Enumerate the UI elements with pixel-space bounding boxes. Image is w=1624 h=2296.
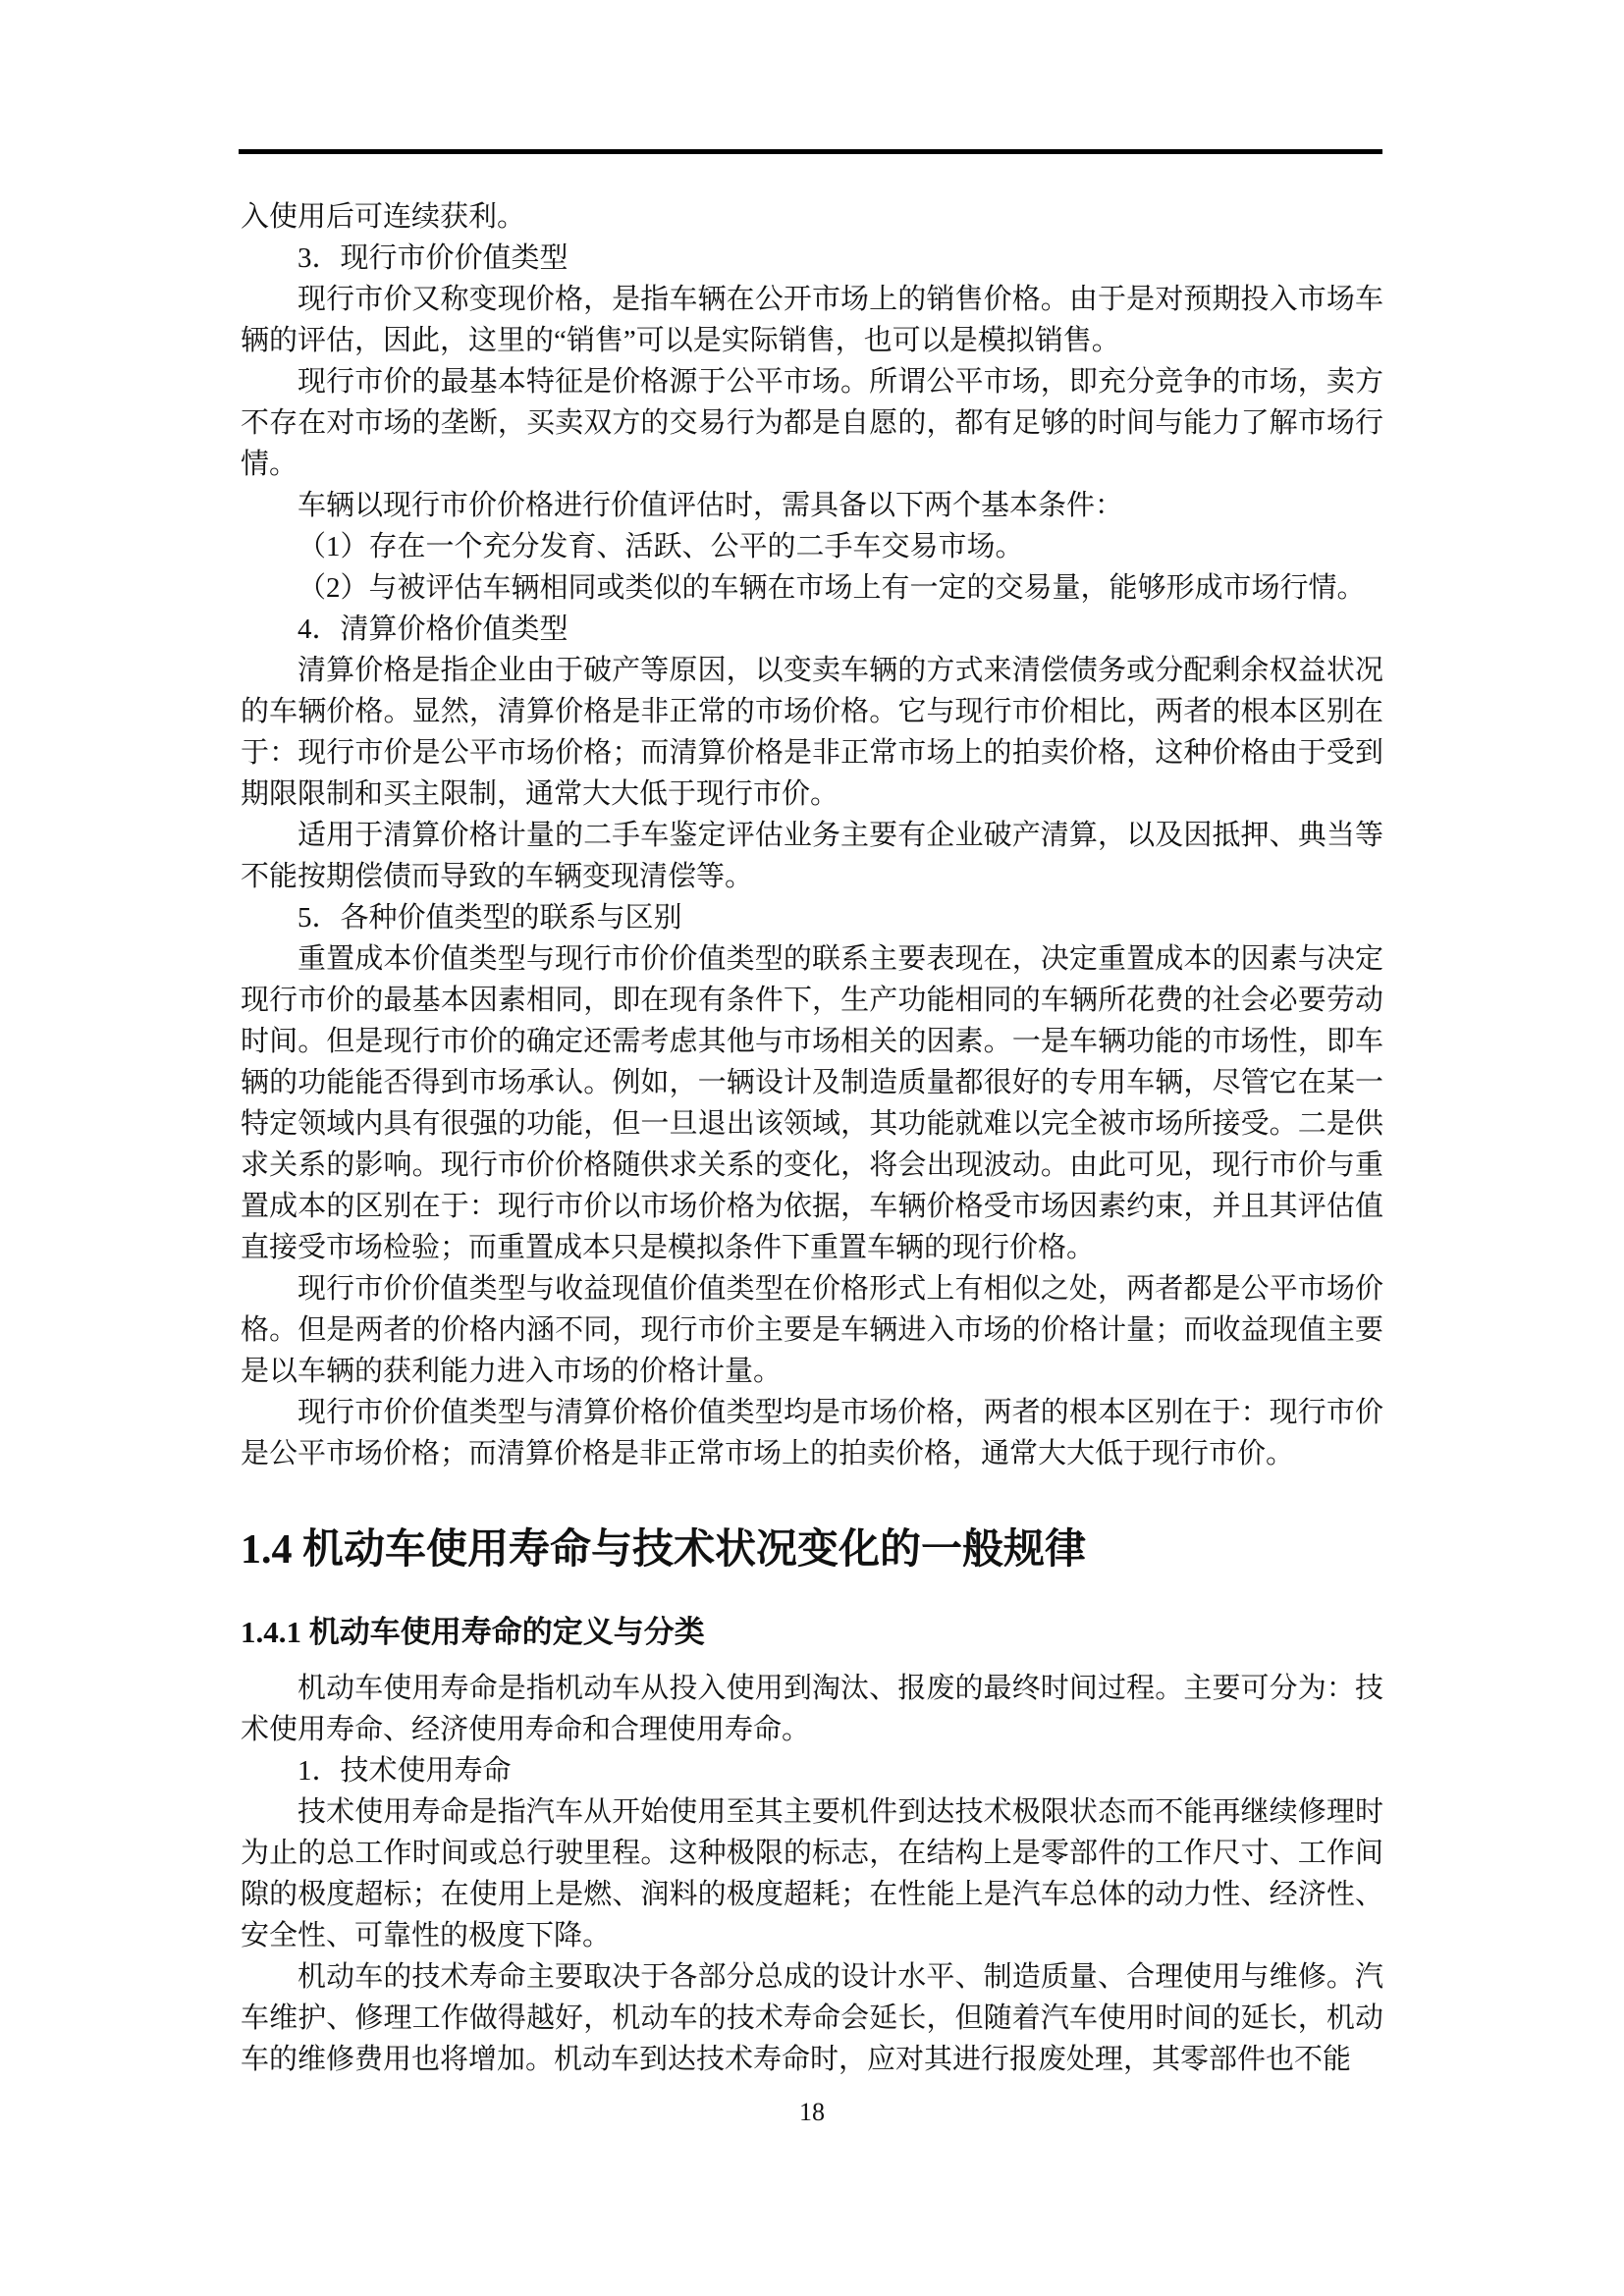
body-paragraph: （2）与被评估车辆相同或类似的车辆在市场上有一定的交易量，能够形成市场行情。 xyxy=(241,567,1383,609)
body-paragraph: 现行市价价值类型与收益现值价值类型在价格形式上有相似之处，两者都是公平市场价格。… xyxy=(241,1268,1383,1392)
header-rule xyxy=(239,149,1382,154)
body-paragraph: 重置成本价值类型与现行市价价值类型的联系主要表现在，决定重置成本的因素与决定现行… xyxy=(241,938,1383,1268)
body-paragraph: 现行市价又称变现价格，是指车辆在公开市场上的销售价格。由于是对预期投入市场车辆的… xyxy=(241,279,1383,361)
body-paragraph: 入使用后可连续获利。 xyxy=(241,196,1383,238)
body-paragraph: 现行市价的最基本特征是价格源于公平市场。所谓公平市场，即充分竞争的市场，卖方不存… xyxy=(241,361,1383,485)
section-value-types: 入使用后可连续获利。3．现行市价价值类型现行市价又称变现价格，是指车辆在公开市场… xyxy=(241,196,1383,1474)
body-paragraph: 技术使用寿命是指汽车从开始使用至其主要机件到达技术极限状态而不能再继续修理时为止… xyxy=(241,1791,1383,1956)
body-paragraph: 3．现行市价价值类型 xyxy=(241,238,1383,279)
page-number: 18 xyxy=(0,2097,1624,2128)
section-service-life: 机动车使用寿命是指机动车从投入使用到淘汰、报废的最终时间过程。主要可分为：技术使… xyxy=(241,1668,1383,2080)
body-paragraph: 机动车的技术寿命主要取决于各部分总成的设计水平、制造质量、合理使用与维修。汽车维… xyxy=(241,1956,1383,2080)
body-paragraph: 适用于清算价格计量的二手车鉴定评估业务主要有企业破产清算，以及因抵押、典当等不能… xyxy=(241,815,1383,897)
body-paragraph: 4．清算价格价值类型 xyxy=(241,609,1383,650)
subsection-heading: 1.4.1 机动车使用寿命的定义与分类 xyxy=(241,1611,1383,1654)
body-paragraph: 1．技术使用寿命 xyxy=(241,1750,1383,1791)
body-paragraph: （1）存在一个充分发育、活跃、公平的二手车交易市场。 xyxy=(241,526,1383,567)
body-paragraph: 车辆以现行市价价格进行价值评估时，需具备以下两个基本条件： xyxy=(241,485,1383,526)
body-paragraph: 5．各种价值类型的联系与区别 xyxy=(241,897,1383,938)
body-paragraph: 清算价格是指企业由于破产等原因，以变卖车辆的方式来清偿债务或分配剩余权益状况的车… xyxy=(241,650,1383,815)
document-page: 入使用后可连续获利。3．现行市价价值类型现行市价又称变现价格，是指车辆在公开市场… xyxy=(0,0,1624,2296)
page-content: 入使用后可连续获利。3．现行市价价值类型现行市价又称变现价格，是指车辆在公开市场… xyxy=(241,196,1383,2080)
section-heading: 1.4 机动车使用寿命与技术状况变化的一般规律 xyxy=(241,1519,1383,1581)
body-paragraph: 机动车使用寿命是指机动车从投入使用到淘汰、报废的最终时间过程。主要可分为：技术使… xyxy=(241,1668,1383,1750)
body-paragraph: 现行市价价值类型与清算价格价值类型均是市场价格，两者的根本区别在于：现行市价是公… xyxy=(241,1392,1383,1474)
